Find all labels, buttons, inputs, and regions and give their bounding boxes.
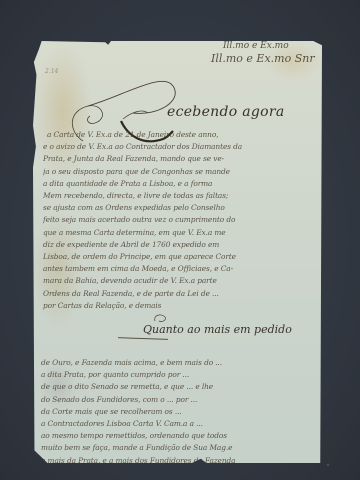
section-2-heading: Quanto ao mais em pedido xyxy=(143,323,292,336)
background-speck xyxy=(327,464,329,466)
text-line: ja o seu disposto para que de Congonhas … xyxy=(43,166,319,178)
text-line: diz de expediente de Abril de 1760 exped… xyxy=(43,239,319,251)
text-line: antes tambem em cima da Moeda, e Officia… xyxy=(43,263,319,275)
text-line: muito bem se faça, mande a Fundição de S… xyxy=(41,442,317,454)
manuscript-page: 2.14 Ill.mo e Ex.mo Ill.mo e Ex.mo Snr e… xyxy=(33,41,322,463)
text-line: por Cartas da Relação, e demais xyxy=(43,300,319,312)
text-line: que a mesma Carta determina, em que V. E… xyxy=(43,227,319,239)
margin-note-address: Ill.mo e Ex.mo Snr xyxy=(211,52,315,65)
letter-body-section-2: de Ouro, e Fazenda mais acima, e bem mai… xyxy=(41,357,317,479)
text-line: e o avizo de V. Ex.a ao Contractador dos… xyxy=(43,141,319,153)
margin-note-salutation: Ill.mo e Ex.mo xyxy=(223,41,289,51)
opening-heading: ecebendo agora xyxy=(167,104,285,120)
heading-flourish-line xyxy=(118,337,168,340)
letter-body-section-1: a Carta de V. Ex.a de 21 de Janeiro dest… xyxy=(43,129,319,312)
text-line: de que o dito Senado se remetta, e que .… xyxy=(41,381,317,393)
text-line: feito seja mais acertado outra vez o cum… xyxy=(43,214,319,226)
text-line: a mais da Prata, e a mais dos Fundidores… xyxy=(41,455,317,467)
text-line: da Corte mais que se recolheram os ... xyxy=(41,406,317,418)
text-line: mara da Bahia, devendo acudir de V. Ex.a… xyxy=(43,275,319,287)
text-line: de Ouro, e Fazenda mais acima, e bem mai… xyxy=(41,357,317,369)
text-line: se ajusta com as Ordens expedidas pelo C… xyxy=(43,202,319,214)
text-line: Prata, e Junta da Real Fazenda, mando qu… xyxy=(43,153,319,165)
text-line: Lisboa, de ordem do Principe, em que apa… xyxy=(43,251,319,263)
text-line: mais que se remetta, e outro Ordem de Ou… xyxy=(41,467,317,479)
text-line: Ordens da Real Fazenda, e de parte da Le… xyxy=(43,288,319,300)
reference-mark: 2.14 xyxy=(45,68,58,75)
text-line: do Senado dos Fundidores, com o ... por … xyxy=(41,394,317,406)
text-line: Mem recebendo, directa, e livre de todas… xyxy=(43,190,319,202)
text-line: ao mesmo tempo remettidos, ordenando que… xyxy=(41,430,317,442)
text-line: a Contractadores Lisboa Carta V. Cam.a a… xyxy=(41,418,317,430)
text-line: a Carta de V. Ex.a de 21 de Janeiro dest… xyxy=(43,129,319,141)
text-line: a dita Prata, por quanto cumprido por ..… xyxy=(41,369,317,381)
text-line: a dita quantidade de Prata a Lisboa, e a… xyxy=(43,178,319,190)
